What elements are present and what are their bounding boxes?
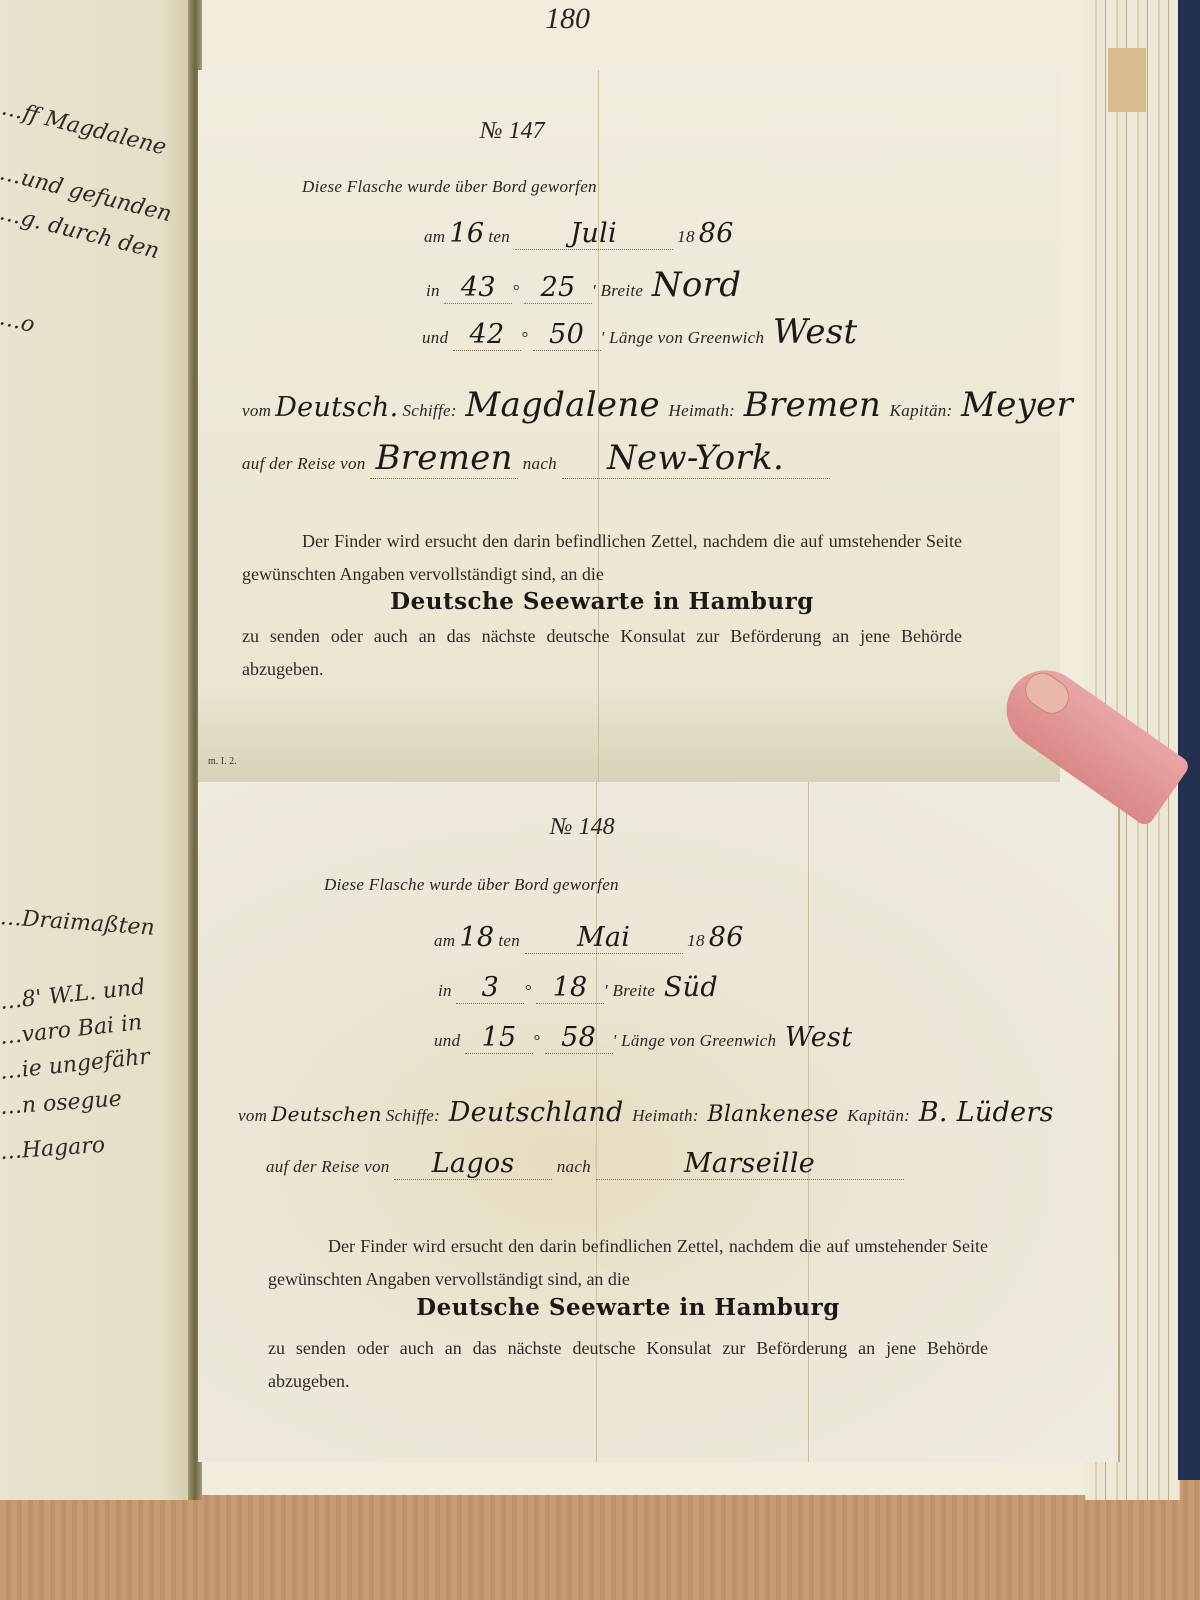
handwritten-note: …Hagaro — [0, 1133, 106, 1165]
latitude-line: in 43° 25' Breite Nord — [426, 265, 745, 305]
longitude-degrees: 15 — [465, 1022, 533, 1054]
latitude-degrees: 3 — [456, 972, 524, 1004]
form-number: № 148 — [550, 814, 615, 841]
latitude-minutes: 18 — [536, 972, 604, 1004]
handwritten-note: …ff Magdalene — [0, 95, 169, 160]
longitude-degrees: 42 — [453, 319, 521, 351]
longitude-line: und 42° 50' Länge von Greenwich West — [422, 312, 862, 352]
instruction-paragraph: Der Finder wird ersucht den darin befind… — [268, 1230, 988, 1296]
date-line: am18ten Mai 1886 — [434, 922, 748, 954]
form-number: № 147 — [480, 118, 545, 145]
voyage-to: Marseille — [596, 1148, 904, 1180]
ship-type: Deutschen — [267, 1102, 386, 1126]
page-number: 180 — [545, 2, 590, 36]
ship-line: vomDeutschenSchiffe: Deutschland Heimath… — [238, 1097, 1058, 1128]
handwritten-note: …n osegue — [0, 1087, 123, 1120]
latitude-hemisphere: Nord — [648, 265, 745, 305]
date-year: 86 — [705, 922, 748, 953]
bottle-message-form-147: № 147 Diese Flasche wurde über Bord gewo… — [198, 70, 1060, 790]
ship-line: vomDeutsch.Schiffe: Magdalene Heimath: B… — [242, 385, 1077, 425]
ship-name: Deutschland — [445, 1097, 628, 1128]
latitude-minutes: 25 — [524, 272, 592, 304]
voyage-to: New-York. — [562, 438, 830, 479]
form-heading: Diese Flasche wurde über Bord geworfen — [302, 177, 597, 197]
page-tab — [1108, 48, 1146, 112]
book-cover-edge — [1178, 0, 1200, 1480]
left-page: …ff Magdalene …und gefunden …g. durch de… — [0, 0, 200, 1500]
date-day: 16 — [445, 218, 488, 249]
longitude-direction: West — [769, 312, 862, 352]
ship-captain: Meyer — [957, 385, 1077, 425]
latitude-hemisphere: Süd — [660, 972, 722, 1003]
ship-home-port: Blankenese — [703, 1102, 842, 1127]
voyage-line: auf der Reise von Bremen nach New-York. — [242, 438, 830, 479]
institution-name: Deutsche Seewarte in Hamburg — [242, 588, 962, 615]
voyage-from: Bremen — [370, 438, 518, 479]
date-month: Juli — [515, 218, 673, 250]
longitude-direction: West — [781, 1022, 856, 1053]
date-day: 18 — [455, 922, 498, 953]
institution-name: Deutsche Seewarte in Hamburg — [268, 1294, 988, 1321]
ship-captain: B. Lüders — [915, 1097, 1058, 1128]
date-month: Mai — [525, 922, 683, 954]
handwritten-note: …varo Bai in — [0, 1010, 143, 1050]
longitude-minutes: 58 — [545, 1022, 613, 1054]
voyage-from: Lagos — [394, 1148, 552, 1180]
handwritten-note: …ie ungefähr — [0, 1044, 151, 1085]
ship-name: Magdalene — [461, 385, 664, 425]
voyage-line: auf der Reise von Lagos nach Marseille — [266, 1148, 904, 1180]
form-heading: Diese Flasche wurde über Bord geworfen — [324, 875, 619, 895]
ship-home-port: Bremen — [740, 385, 885, 425]
handwritten-note: …o — [0, 305, 37, 338]
ship-type: Deutsch. — [271, 392, 402, 423]
instruction-paragraph-2: zu senden oder auch an das nächste deuts… — [268, 1332, 988, 1398]
handwritten-note: …8' W.L. und — [0, 975, 146, 1015]
date-line: am16ten Juli 1886 — [424, 218, 738, 250]
latitude-line: in 3° 18' Breite Süd — [438, 972, 722, 1004]
longitude-line: und 15° 58' Länge von Greenwich West — [434, 1022, 856, 1054]
handwritten-note: …Draimaßten — [0, 905, 156, 941]
bottle-message-form-148: № 148 Diese Flasche wurde über Bord gewo… — [198, 782, 1120, 1462]
instruction-paragraph: Der Finder wird ersucht den darin befind… — [242, 525, 962, 591]
date-year: 86 — [695, 218, 738, 249]
longitude-minutes: 50 — [533, 319, 601, 351]
printer-mark: m. I. 2. — [208, 756, 237, 767]
latitude-degrees: 43 — [444, 272, 512, 304]
instruction-paragraph-2: zu senden oder auch an das nächste deuts… — [242, 620, 962, 686]
